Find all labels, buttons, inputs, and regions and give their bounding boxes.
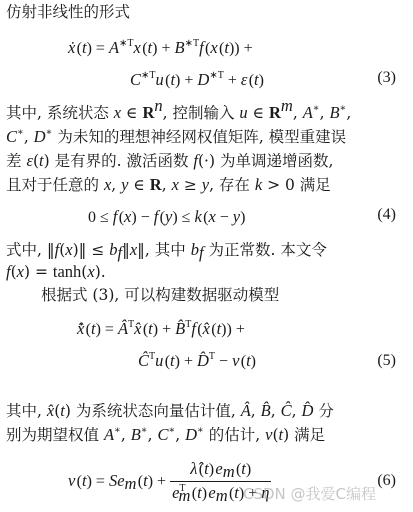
equation-5-line-1: x̂̇ (t) = ÂTx̂ (t) + B̂Tf (x̂ (t)) + — [77, 318, 245, 341]
text-line-4: 差 ε(t) 是有界的. 激活函数 f(·) 为单调递增函数, — [6, 151, 333, 171]
equation-6: v (t) = Sem (t) + λ̂ (t) em (t)eTm (t) e… — [68, 458, 271, 505]
text-line-10: 别为期望权值 A∗, B∗, C∗, D∗ 的估计, v(t) 满足 — [6, 425, 325, 445]
text-line-7: f(x) = tanh(x). — [6, 262, 106, 282]
equation-5-line-2: ĈTu (t) + D̂T − v (t) — [138, 350, 256, 373]
text-line-1: 仿射非线性的形式 — [6, 2, 130, 22]
text-line-6: 式中, ‖f(x)‖ ≤ bf‖x‖, 其中 bf 为正常数. 本文令 — [6, 240, 327, 260]
text-line-8: 根据式 (3), 可以构建数据驱动模型 — [41, 285, 279, 305]
text-line-2: 其中, 系统状态 x ∈ Rn, 控制输入 u ∈ Rm, A∗, B∗, — [6, 103, 351, 123]
equation-3-line-2: C∗Tu (t) + D∗T + ε (t) — [130, 69, 264, 92]
paper-page: 仿射非线性的形式 ẋ (t) = A∗Tx (t) + B∗Tf (x (t))… — [0, 0, 413, 512]
equation-number-5: (5) — [377, 352, 396, 370]
equation-3-line-1: ẋ (t) = A∗Tx (t) + B∗Tf (x (t)) + — [68, 37, 253, 60]
equation-number-4: (4) — [377, 206, 396, 224]
text-line-3: C∗, D∗ 为未知的理想神经网权值矩阵, 模型重建误 — [6, 127, 346, 147]
text-line-5: 且对于任意的 x, y ∈ R, x ≥ y, 存在 k > 0 满足 — [6, 175, 331, 195]
equation-number-3: (3) — [377, 69, 396, 87]
csdn-watermark: CSDN @我爱C编程 — [243, 483, 376, 504]
equation-4: 0 ≤ f (x) − f (y) ≤ k (x − y) — [88, 206, 245, 229]
text-line-9: 其中, x̂(t) 为系统状态向量估计值, Â, B̂, Ĉ, D̂ 分 — [6, 401, 334, 421]
equation-number-6: (6) — [377, 472, 396, 490]
